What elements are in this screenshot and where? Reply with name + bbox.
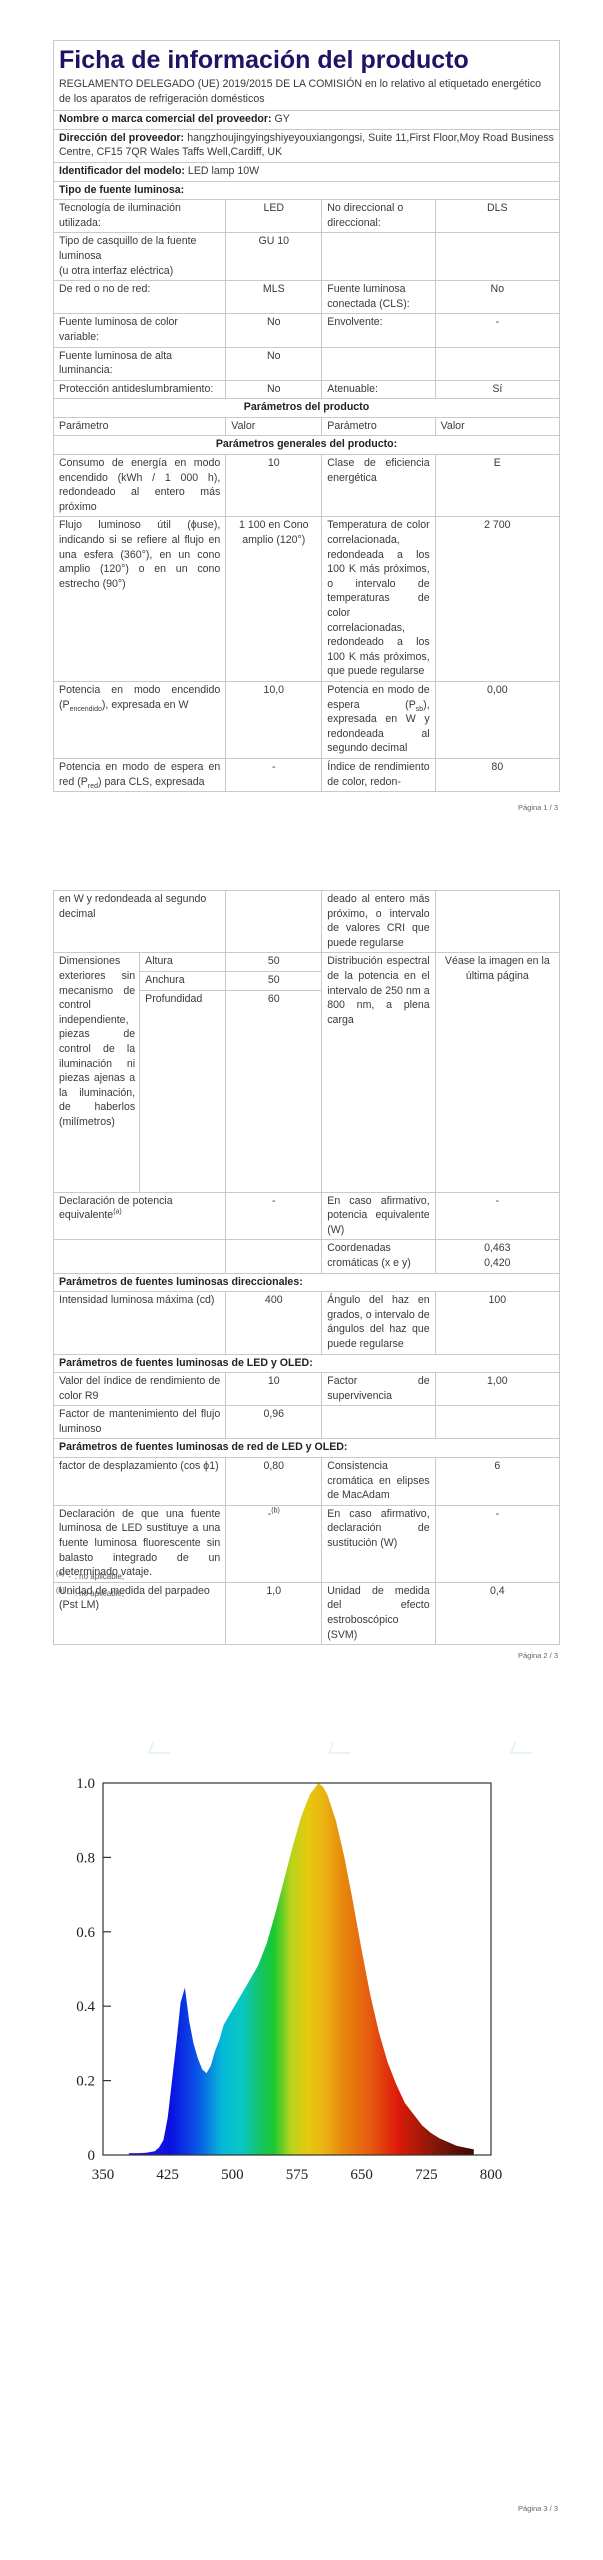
spectrum-plot: 00.20.40.60.81.0350425500575650725800 [0, 1720, 603, 2240]
param-label: En caso afirmativo, declaración de susti… [322, 1505, 435, 1582]
footnote-marker: (a) [113, 1209, 122, 1216]
page-number: Página 3 / 3 [518, 2504, 558, 2513]
x-tick-label: 575 [286, 2167, 309, 2183]
x-tick-label: 350 [92, 2167, 115, 2183]
param-label: Declaración de que una fuente luminosa d… [54, 1505, 226, 1582]
param-label: Declaración de potencia equivalente(a) [54, 1192, 226, 1240]
param-label: Distribución espectral de la potencia en… [322, 953, 435, 1192]
param-value: 0,80 [226, 1458, 322, 1506]
table-row: Coordenadas cromáticas (x e y) 0,463 0,4… [54, 1240, 560, 1273]
table-row: Declaración de que una fuente luminosa d… [54, 1505, 560, 1582]
footnote-text: '-' : no aplicable; [67, 1572, 124, 1581]
param-label: Unidad de medida del efecto estroboscópi… [322, 1582, 435, 1644]
table-row: Unidad de medida del parpadeo (Pst LM) 1… [54, 1582, 560, 1644]
x-tick-label: 500 [221, 2167, 244, 2183]
y-tick-label: 0.2 [76, 2074, 95, 2090]
param-value: - [435, 1505, 559, 1582]
chromaticity-x: 0,463 [441, 1241, 554, 1256]
dimension-value: 50 [226, 971, 322, 990]
directional-heading: Parámetros de fuentes luminosas direccio… [54, 1273, 560, 1292]
param-value: 400 [226, 1292, 322, 1354]
param-value: -(b) [226, 1505, 322, 1582]
footnote-text: '-' : no aplicable; [67, 1589, 124, 1598]
x-tick-label: 800 [480, 2167, 503, 2183]
dimensions-row: Dimensiones exteriores sin mecanismo de … [54, 953, 560, 972]
param-label [322, 1406, 435, 1439]
dimension-value: 50 [226, 953, 322, 972]
param-value [435, 891, 559, 953]
param-value: 0,4 [435, 1582, 559, 1644]
param-label: en W y redondeada al segundo decimal [54, 891, 226, 953]
param-label: Intensidad luminosa máxima (cd) [54, 1292, 226, 1354]
param-label: Ángulo del haz en grados, o intervalo de… [322, 1292, 435, 1354]
footnote: (a) '-' : no aplicable; [56, 1572, 124, 1581]
param-label: deado al entero más próximo, o intervalo… [322, 891, 435, 953]
param-value: 1,0 [226, 1582, 322, 1644]
spectrum-area [129, 1783, 474, 2155]
param-value: 1,00 [435, 1373, 559, 1406]
x-tick-label: 725 [415, 2167, 438, 2183]
watermark-icon [328, 1742, 354, 1754]
param-value: 0,96 [226, 1406, 322, 1439]
param-value: - [226, 1192, 322, 1240]
param-label: Consistencia cromática en elipses de Mac… [322, 1458, 435, 1506]
param-value: 10 [226, 1373, 322, 1406]
x-tick-label: 425 [156, 2167, 179, 2183]
mains-led-oled-heading: Parámetros de fuentes luminosas de red d… [54, 1439, 560, 1458]
chromaticity-y: 0,420 [441, 1256, 554, 1271]
empty-cell [226, 1240, 322, 1273]
dimension-value: 60 [226, 990, 322, 1192]
footnote-marker: (a) [56, 1570, 65, 1577]
table-row: Declaración de potencia equivalente(a) -… [54, 1192, 560, 1240]
empty-cell [54, 1240, 226, 1273]
param-value: 0,463 0,420 [435, 1240, 559, 1273]
y-tick-label: 0.6 [76, 1925, 95, 1941]
footnote: (b) '-' : no aplicable; [56, 1589, 124, 1598]
footnote-marker: (b) [56, 1587, 65, 1594]
table-row: factor de desplazamiento (cos ϕ1) 0,80 C… [54, 1458, 560, 1506]
dimension-name: Altura [140, 953, 226, 972]
dimensions-label: Dimensiones exteriores sin mecanismo de … [54, 953, 140, 1192]
table-row-continued: en W y redondeada al segundo decimal dea… [54, 891, 560, 953]
table-row: Factor de mantenimiento del flujo lumino… [54, 1406, 560, 1439]
page-number: Página 2 / 3 [518, 1651, 558, 1660]
table-row: Valor del índice de rendimiento de color… [54, 1373, 560, 1406]
watermark-icon [148, 1742, 174, 1754]
param-value: - [435, 1192, 559, 1240]
y-tick-label: 0.8 [76, 1850, 95, 1866]
x-tick-label: 650 [350, 2167, 373, 2183]
led-oled-heading: Parámetros de fuentes luminosas de LED y… [54, 1354, 560, 1373]
spectral-distribution-chart: 00.20.40.60.81.0350425500575650725800 [0, 1720, 603, 2240]
param-label: Factor de mantenimiento del flujo lumino… [54, 1406, 226, 1439]
product-info-table-page2: en W y redondeada al segundo decimal dea… [53, 890, 560, 1645]
y-tick-label: 1.0 [76, 1776, 95, 1792]
param-label: Factor de supervivencia [322, 1373, 435, 1406]
param-value: 6 [435, 1458, 559, 1506]
param-label: factor de desplazamiento (cos ϕ1) [54, 1458, 226, 1506]
param-label: Valor del índice de rendimiento de color… [54, 1373, 226, 1406]
param-value [435, 1406, 559, 1439]
dimension-name: Anchura [140, 971, 226, 990]
param-label: En caso afirmativo, potencia equivalente… [322, 1192, 435, 1240]
param-label: Coordenadas cromáticas (x e y) [322, 1240, 435, 1273]
watermark-icon [510, 1742, 536, 1754]
page-2: en W y redondeada al segundo decimal dea… [0, 0, 603, 1700]
y-tick-label: 0.4 [76, 1999, 95, 2015]
param-value: Véase la imagen en la última página [435, 953, 559, 1192]
param-value [226, 891, 322, 953]
param-value: 100 [435, 1292, 559, 1354]
footnote-marker: (b) [271, 1507, 280, 1514]
dimension-name: Profundidad [140, 990, 226, 1192]
y-tick-label: 0 [88, 2148, 96, 2164]
table-row: Intensidad luminosa máxima (cd) 400 Ángu… [54, 1292, 560, 1354]
